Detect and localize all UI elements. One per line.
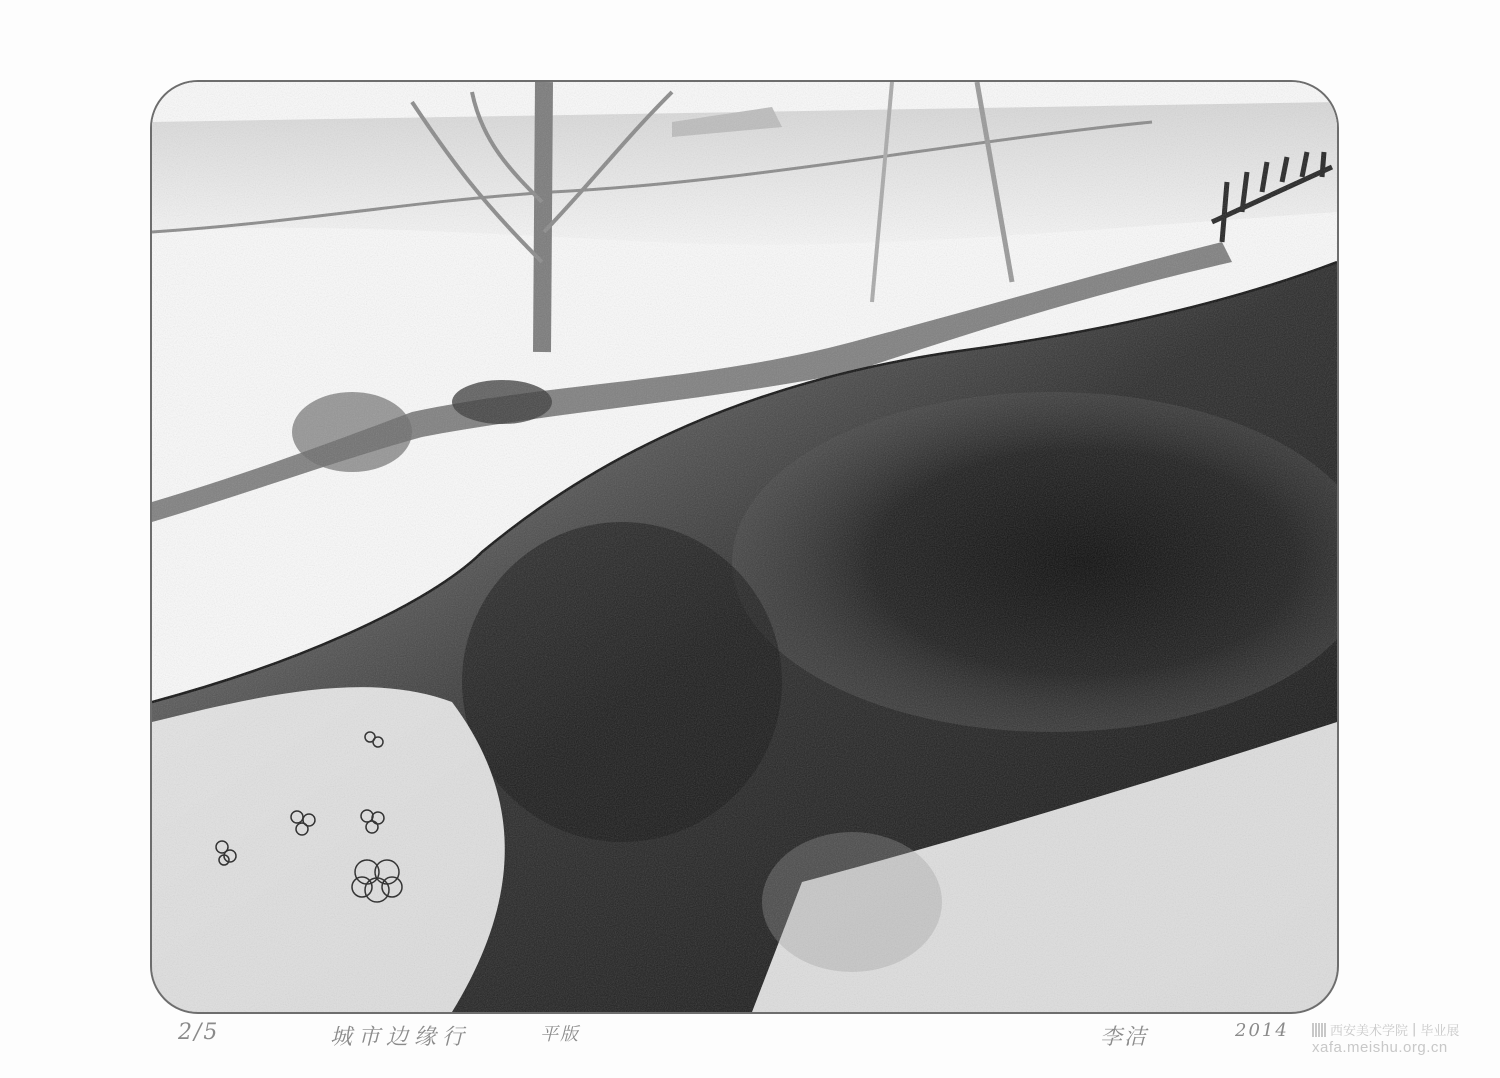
watermark-label: 毕业展 xyxy=(1420,1020,1459,1039)
artist-signature: 李洁 xyxy=(1100,1020,1148,1051)
watermark-institution: 西安美术学院 xyxy=(1330,1020,1408,1039)
edition-number: 2/5 xyxy=(178,1020,219,1045)
watermark-separator: | xyxy=(1412,1022,1416,1037)
artwork-title: 城市边缘行 xyxy=(330,1020,470,1051)
landscape-artwork xyxy=(152,82,1337,1012)
watermark-url: xafa.meishu.org.cn xyxy=(1312,1039,1459,1056)
artwork-year: 2014 xyxy=(1235,1020,1289,1041)
print-plate xyxy=(150,80,1339,1014)
seal-icon xyxy=(1312,1023,1326,1037)
watermark: 西安美术学院 | 毕业展 xafa.meishu.org.cn xyxy=(1312,1020,1459,1056)
artwork-technique: 平版 xyxy=(540,1020,580,1046)
